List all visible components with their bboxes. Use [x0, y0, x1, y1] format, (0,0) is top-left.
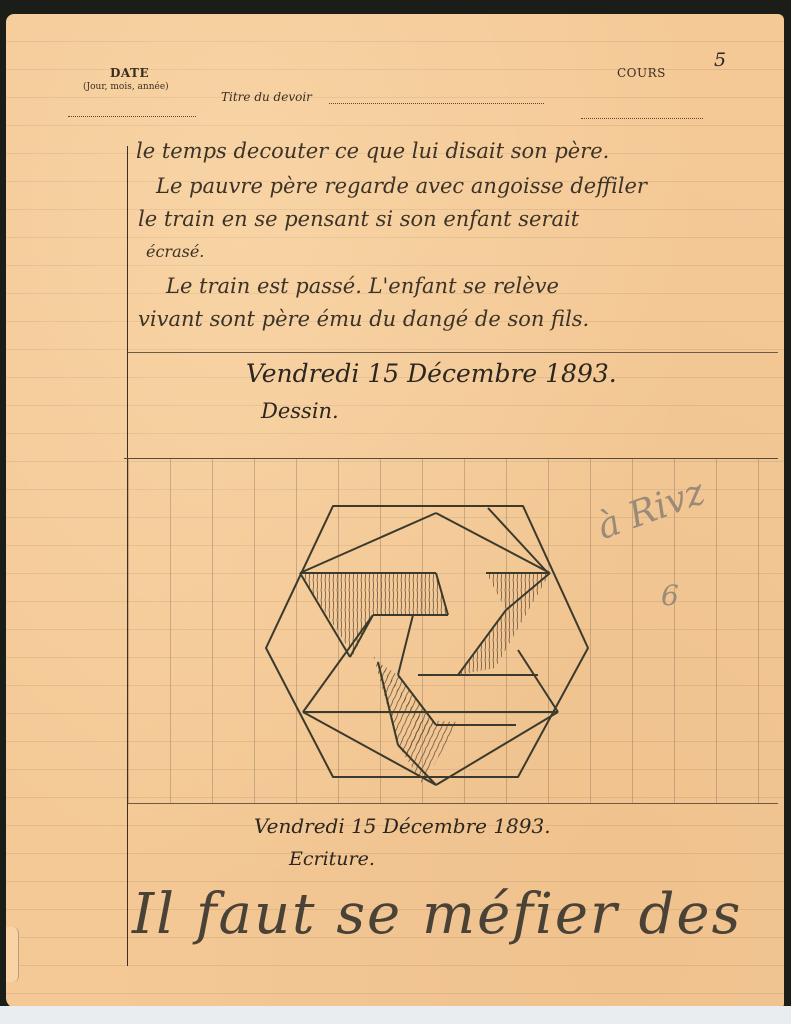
dictation-line: écrasé.: [146, 242, 204, 261]
date-dotted-line: [68, 116, 196, 117]
scanner-bed-edge: [0, 1006, 791, 1024]
writing-date: Vendredi 15 Décembre 1893.: [254, 814, 551, 838]
drawing-date: Vendredi 15 Décembre 1893.: [246, 359, 617, 388]
dictation-line: le temps decouter ce que lui disait son …: [136, 139, 609, 163]
dictation-line: vivant sont père ému du dangé de son fil…: [138, 307, 589, 331]
section-divider: [128, 352, 778, 353]
dictation-line: le train en se pensant si son enfant ser…: [138, 207, 579, 231]
torn-edge: [6, 927, 19, 982]
title-label: Titre du devoir: [221, 90, 312, 104]
writing-copy-text: Il faut se méfier des: [132, 882, 742, 947]
section-divider: [128, 803, 778, 804]
title-dotted-line: [329, 103, 544, 104]
drawing-subject: Dessin.: [261, 399, 339, 423]
page-number: 5: [714, 49, 726, 71]
cours-label: COURS: [617, 66, 666, 80]
dictation-line: Le pauvre père regarde avec angoisse def…: [156, 174, 647, 198]
date-sublabel: (Jour, mois, année): [83, 82, 169, 92]
dictation-line: Le train est passé. L'enfant se relève: [166, 274, 559, 298]
writing-subject: Ecriture.: [289, 848, 375, 870]
cours-dotted-line: [581, 118, 703, 119]
hexagon-drawing: [248, 500, 593, 790]
grade-score: 6: [661, 579, 679, 612]
page-header: DATE (Jour, mois, année) Titre du devoir…: [6, 14, 784, 124]
date-label: DATE: [110, 66, 149, 80]
notebook-page: DATE (Jour, mois, année) Titre du devoir…: [6, 14, 784, 1008]
